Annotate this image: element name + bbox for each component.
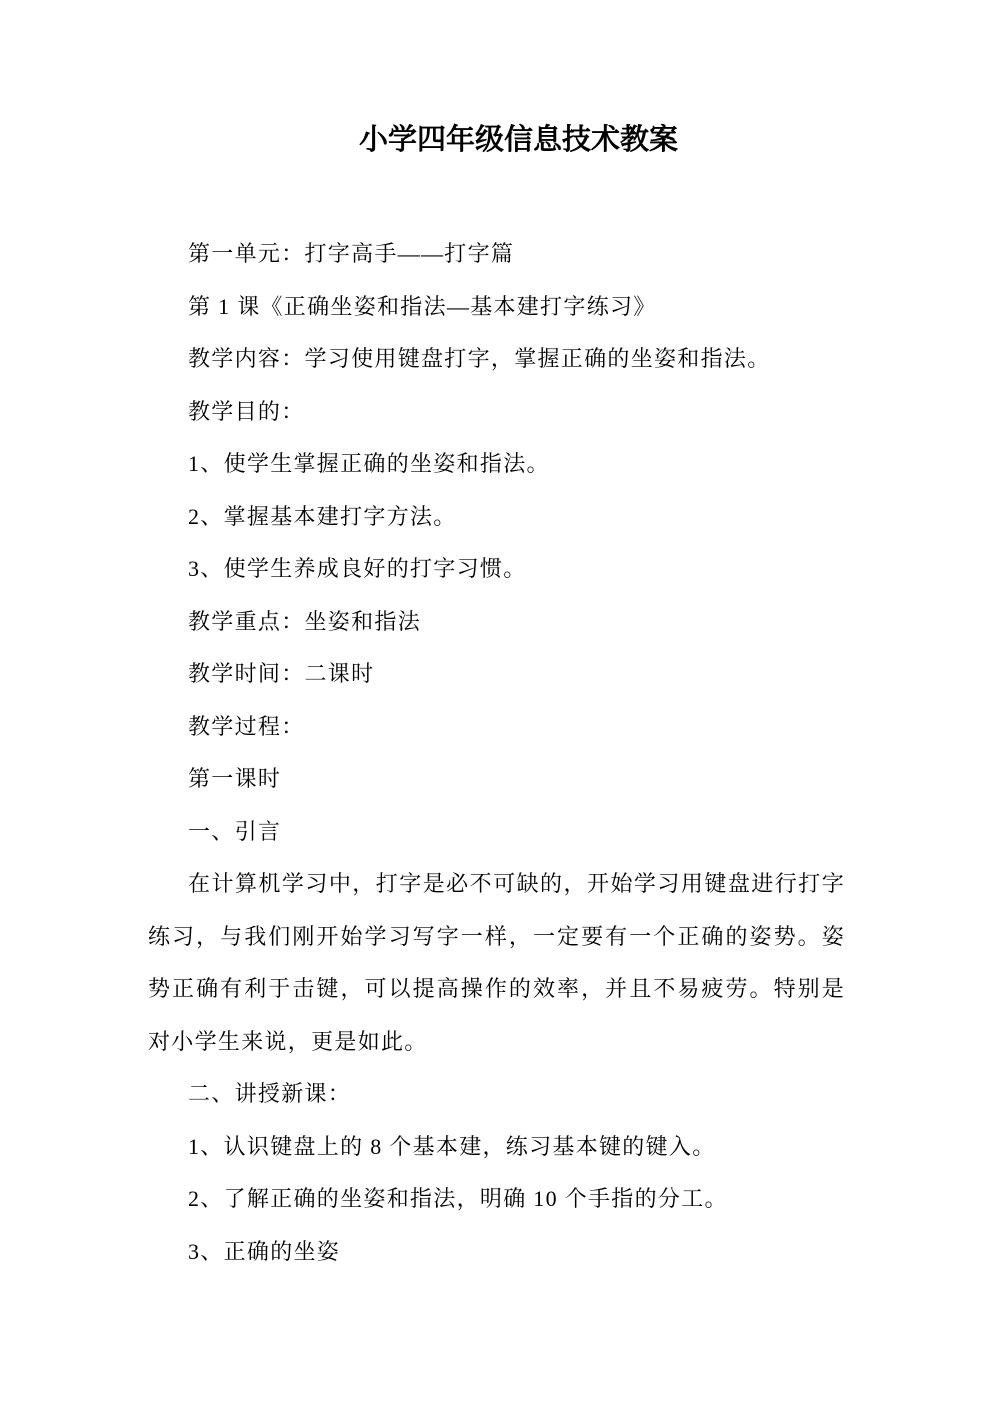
paragraph: 在计算机学习中，打字是必不可缺的，开始学习用键盘进行打字练习，与我们刚开始学习写…	[148, 858, 845, 1068]
paragraph: 2、掌握基本建打字方法。	[148, 491, 845, 544]
paragraph: 教学过程：	[148, 701, 845, 754]
paragraph: 1、认识键盘上的 8 个基本建，练习基本键的键入。	[148, 1121, 845, 1174]
paragraph: 2、了解正确的坐姿和指法，明确 10 个手指的分工。	[148, 1173, 845, 1226]
paragraph: 1、使学生掌握正确的坐姿和指法。	[148, 438, 845, 491]
document-title: 小学四年级信息技术教案	[148, 122, 845, 158]
paragraph: 二、讲授新课：	[148, 1068, 845, 1121]
paragraph: 3、使学生养成良好的打字习惯。	[148, 543, 845, 596]
paragraph: 第 1 课《正确坐姿和指法—基本建打字练习》	[148, 281, 845, 334]
paragraph: 教学目的：	[148, 386, 845, 439]
document-body: 第一单元：打字高手——打字篇第 1 课《正确坐姿和指法—基本建打字练习》教学内容…	[148, 228, 845, 1278]
paragraph: 教学内容：学习使用键盘打字，掌握正确的坐姿和指法。	[148, 333, 845, 386]
paragraph: 第一课时	[148, 753, 845, 806]
paragraph: 教学重点：坐姿和指法	[148, 596, 845, 649]
paragraph: 3、正确的坐姿	[148, 1226, 845, 1279]
document-page: 小学四年级信息技术教案 第一单元：打字高手——打字篇第 1 课《正确坐姿和指法—…	[0, 0, 992, 1403]
paragraph: 教学时间：二课时	[148, 648, 845, 701]
paragraph: 第一单元：打字高手——打字篇	[148, 228, 845, 281]
paragraph: 一、引言	[148, 806, 845, 859]
